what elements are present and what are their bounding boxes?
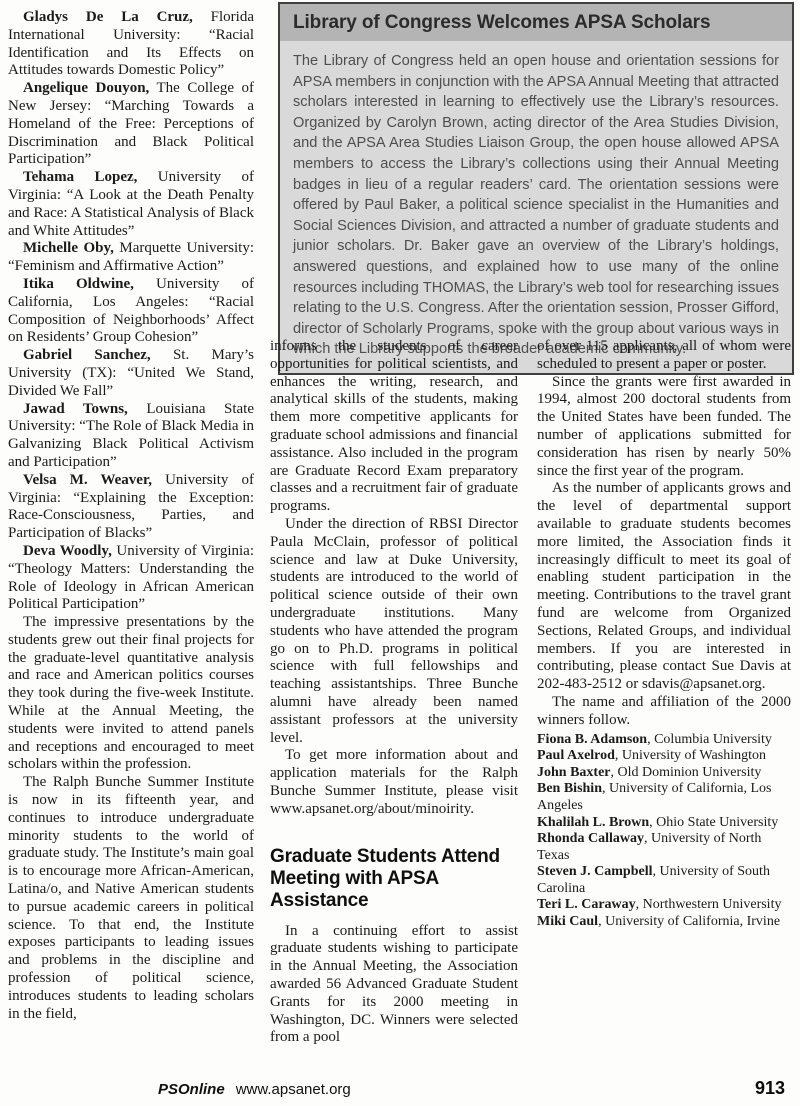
scholar-entry: Gabriel Sanchez, St. Mary’s University (… — [8, 347, 254, 400]
journal-footer: PSOnlinewww.apsanet.org — [158, 1081, 351, 1098]
winner-entry: John Baxter, Old Dominion University — [537, 765, 791, 782]
info-box-body: The Library of Congress held an open hou… — [280, 41, 792, 373]
winner-entry: Miki Caul, University of California, Irv… — [537, 914, 791, 931]
scholar-name: Velsa M. Weaver, — [23, 472, 152, 488]
winner-entry: Paul Axelrod, University of Washington — [537, 748, 791, 765]
winner-name: Rhonda Callaway — [537, 831, 644, 846]
winner-name: Paul Axelrod — [537, 748, 615, 763]
body-paragraph: The Ralph Bunche Summer Institute is now… — [8, 774, 254, 1023]
body-paragraph: The name and affiliation of the 2000 win… — [537, 694, 791, 730]
scholar-name: Michelle Oby, — [23, 240, 114, 256]
scholar-name: Gabriel Sanchez, — [23, 347, 151, 363]
info-box: Library of Congress Welcomes APSA Schola… — [278, 2, 794, 375]
info-box-title: Library of Congress Welcomes APSA Schola… — [293, 12, 779, 34]
info-box-header: Library of Congress Welcomes APSA Schola… — [280, 4, 792, 41]
scholar-entry: Itika Oldwine, University of California,… — [8, 276, 254, 347]
winner-name: Ben Bishin — [537, 781, 602, 796]
winner-name: Fiona B. Adamson — [537, 732, 647, 747]
winner-affiliation: , Ohio State University — [649, 815, 778, 830]
journal-logo-online: Online — [178, 1081, 225, 1098]
scholar-entry: Deva Woodly, University of Virginia: “Th… — [8, 543, 254, 614]
scholar-entry: Angelique Douyon, The College of New Jer… — [8, 80, 254, 169]
scholar-entry: Michelle Oby, Marquette University: “Fem… — [8, 240, 254, 276]
body-paragraph: informs the students of career opportuni… — [270, 338, 518, 516]
scholar-name: Itika Oldwine, — [23, 276, 134, 292]
left-column: Gladys De La Cruz, Florida International… — [8, 9, 254, 1023]
right-column: of over 115 applicants, all of whom were… — [537, 338, 791, 931]
body-paragraph: Under the direction of RBSI Director Pau… — [270, 516, 518, 747]
scholar-name: Deva Woodly, — [23, 543, 112, 559]
journal-footer-url: www.apsanet.org — [236, 1081, 351, 1098]
section-heading: Graduate Students Attend Meeting with AP… — [270, 846, 518, 912]
scholar-name: Gladys De La Cruz, — [23, 9, 193, 25]
body-paragraph: In a continuing effort to assist graduat… — [270, 923, 518, 1048]
winner-name: Miki Caul — [537, 914, 598, 929]
winner-affiliation: , Columbia University — [647, 732, 772, 747]
winner-entry: Rhonda Callaway, University of North Tex… — [537, 831, 791, 864]
journal-logo-ps: PS — [158, 1081, 178, 1098]
page-number: 913 — [755, 1078, 785, 1099]
scholar-name: Jawad Towns, — [23, 401, 128, 417]
winners-list: Fiona B. Adamson, Columbia University Pa… — [537, 732, 791, 931]
body-paragraph: of over 115 applicants, all of whom were… — [537, 338, 791, 374]
scholar-entry: Gladys De La Cruz, Florida International… — [8, 9, 254, 80]
winner-affiliation: , University of Washington — [615, 748, 766, 763]
winner-name: John Baxter — [537, 765, 611, 780]
winner-entry: Steven J. Campbell, University of South … — [537, 864, 791, 897]
winner-affiliation: , Old Dominion University — [611, 765, 762, 780]
winner-name: Teri L. Caraway — [537, 897, 636, 912]
winner-name: Khalilah L. Brown — [537, 815, 649, 830]
winner-name: Steven J. Campbell — [537, 864, 653, 879]
scholar-name: Angelique Douyon, — [23, 80, 149, 96]
winner-entry: Ben Bishin, University of California, Lo… — [537, 781, 791, 814]
body-paragraph: As the number of applicants grows and th… — [537, 480, 791, 694]
body-paragraph: Since the grants were first awarded in 1… — [537, 374, 791, 481]
scholar-entry: Jawad Towns, Louisiana State University:… — [8, 401, 254, 472]
winner-entry: Fiona B. Adamson, Columbia University — [537, 732, 791, 749]
winner-entry: Khalilah L. Brown, Ohio State University — [537, 815, 791, 832]
body-paragraph: The impressive presentations by the stud… — [8, 614, 254, 774]
middle-column: informs the students of career opportuni… — [270, 338, 518, 1047]
winner-affiliation: , University of California, Irvine — [598, 914, 780, 929]
scholar-name: Tehama Lopez, — [23, 169, 137, 185]
winner-affiliation: , Northwestern University — [636, 897, 782, 912]
scholar-entry: Tehama Lopez, University of Virginia: “A… — [8, 169, 254, 240]
scholar-entry: Velsa M. Weaver, University of Virginia:… — [8, 472, 254, 543]
body-paragraph: To get more information about and applic… — [270, 747, 518, 818]
winner-entry: Teri L. Caraway, Northwestern University — [537, 897, 791, 914]
